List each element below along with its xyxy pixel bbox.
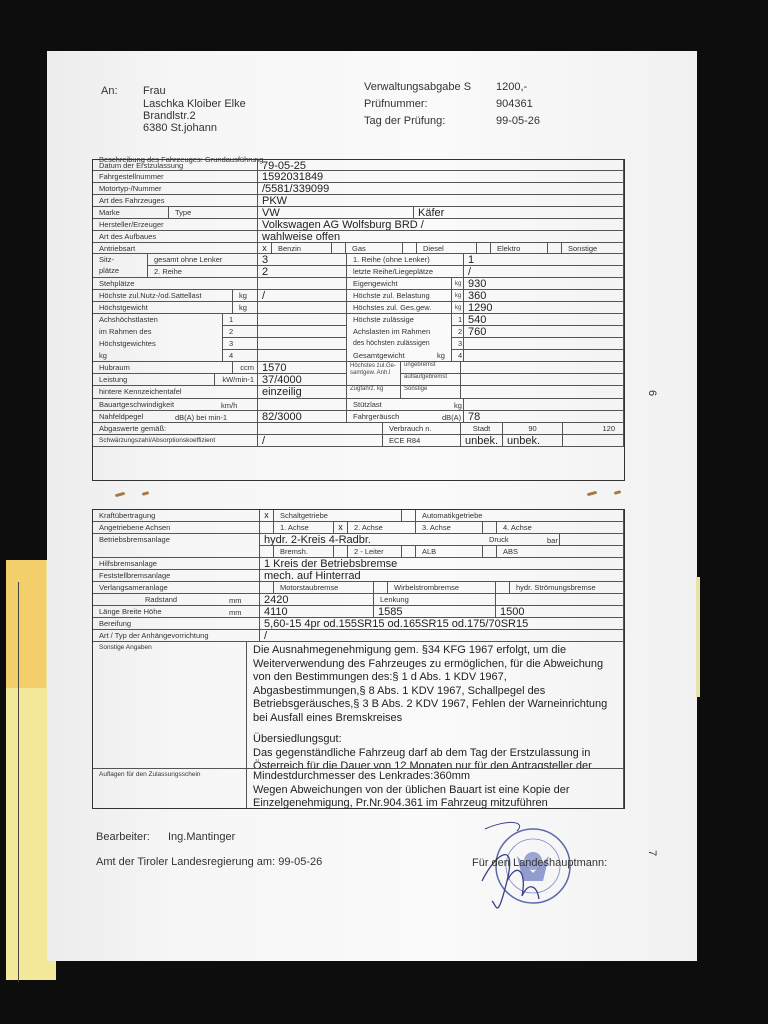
- label-consumption-standard: ECE R84: [383, 435, 461, 447]
- label-tires: Bereifung: [93, 618, 260, 630]
- axle-right-number-1: 1: [452, 314, 464, 326]
- axle-left-label-4: kg: [93, 350, 107, 361]
- recipient-line-4: 6380 St.johann: [143, 122, 217, 135]
- axle-right-value-3: [464, 338, 624, 350]
- label-unbraked: ungebremst: [401, 362, 461, 374]
- test-number-label: Prüfnummer:: [364, 98, 428, 111]
- value-service-brake: hydr. 2-Kreis 4-Radbr.: [260, 534, 483, 546]
- clerk-label: Bearbeiter:: [96, 831, 150, 844]
- value-hitch: /: [260, 630, 624, 642]
- test-date-label: Tag der Prüfung:: [364, 115, 445, 128]
- label-payload: Höchste zul.Nutz-/od.Sattellast: [93, 290, 233, 302]
- value-body-type: wahlweise offen: [258, 231, 624, 243]
- unit-design-speed: km/h: [215, 400, 237, 411]
- value-exhaust-values: [258, 423, 383, 435]
- axle-right-label-4: Gesamtgewicht: [347, 350, 405, 361]
- axle-left-number-1: 1: [223, 314, 258, 326]
- unit-gross-weight: kg: [452, 302, 464, 314]
- axle-left-value-4: [258, 350, 347, 362]
- label-seats-row2: 2. Reihe: [148, 266, 258, 278]
- axle-right-label-2: Achslasten im Rahmen: [347, 326, 430, 337]
- label-retarder: Verlangsameranlage: [93, 582, 260, 594]
- value-braked: [461, 374, 624, 386]
- value-seats-total: 3: [258, 254, 347, 266]
- value-nearfield-level: 82/3000: [258, 411, 347, 423]
- option-axle-1: 1. Achse: [274, 522, 334, 534]
- checkbox-hydro-retarder: [496, 582, 510, 594]
- axle-right-label-1: Höchste zulässige: [347, 314, 414, 325]
- label-license-plate: hintere Kennzeichentafel: [93, 386, 258, 399]
- value-last-row: /: [464, 266, 624, 278]
- label-seats-total: gesamt ohne Lenker: [148, 254, 258, 266]
- checkbox-elektro: [477, 243, 491, 254]
- value-seats-row2: 2: [258, 266, 347, 278]
- unit-driving-noise: dB(A): [436, 412, 461, 423]
- axle-right-value-2: 760: [464, 326, 624, 338]
- checkbox-diesel: [403, 243, 417, 254]
- vehicle-description-table: Datum der Erstzulassung 79-05-25 Fahrges…: [92, 159, 625, 481]
- office-date: Amt der Tiroler Landesregierung am: 99-0…: [96, 856, 322, 869]
- recipient-label: An:: [101, 85, 118, 98]
- condition-line-1: Mindestdurchmesser des Lenkrades:360mm: [247, 769, 623, 784]
- drivetrain-table: Kraftübertragung x Schaltgetriebe Automa…: [92, 509, 625, 809]
- option-gas: Gas: [346, 243, 403, 254]
- value-parking-brake: mech. auf Hinterrad: [260, 570, 624, 582]
- value-standing: [258, 278, 347, 290]
- staple-mark: [587, 491, 597, 496]
- label-chassis-number: Fahrgestellnummer: [93, 171, 258, 183]
- option-axle-2: 2. Achse: [348, 522, 416, 534]
- value-chassis-number: 1592031849: [258, 171, 624, 183]
- label-drive-type: Antriebsart: [93, 243, 258, 254]
- checkbox-axle-2: x: [334, 522, 348, 534]
- axle-left-number-4: 4: [223, 350, 258, 362]
- checkbox-bremsh: [260, 546, 274, 558]
- condition-line-2: Wegen Abweichungen von der üblichen Baua…: [247, 784, 623, 809]
- test-number-value: 904361: [496, 98, 533, 111]
- label-manufacturer: Hersteller/Erzeuger: [93, 219, 258, 231]
- label-parking-brake: Feststellbremsanlage: [93, 570, 260, 582]
- unit-power: kW/min-1: [193, 374, 258, 386]
- checkbox-manual: x: [260, 510, 274, 522]
- option-hydro-retarder: hydr. Strömungsbremse: [510, 582, 624, 594]
- value-driving-noise: 78: [464, 411, 624, 423]
- option-motor-retarder: Motorstaubremse: [274, 582, 374, 594]
- test-date-value: 99-05-26: [496, 115, 540, 128]
- label-type: Type: [169, 207, 258, 219]
- staple-mark: [115, 492, 125, 497]
- staple-mark: [142, 491, 150, 496]
- label-braked: auflaufgebremst: [401, 374, 461, 386]
- value-other-info: Die Ausnahmegenehmigung gem. §34 KFG 196…: [247, 642, 624, 769]
- seats-label-2: plätze: [99, 266, 119, 275]
- value-max-weight: [258, 302, 347, 314]
- label-other-info: Sonstige Angaben: [93, 642, 247, 769]
- page-number-7: 7: [646, 850, 658, 856]
- value-support-load: [464, 399, 624, 411]
- signatory-label: Für den Landeshauptmann:: [472, 857, 607, 870]
- other-info-relocation-title: Übersiedlungsgut:: [247, 727, 623, 747]
- label-make: Marke: [93, 207, 169, 219]
- label-last-row: letzte Reihe/Liegeplätze: [347, 266, 464, 278]
- value-length: 4110: [260, 606, 374, 618]
- unit-dimensions: mm: [223, 607, 242, 618]
- axle-right-labels: Höchste zulässige Achslasten im Rahmen d…: [347, 314, 452, 362]
- option-bremsh: Bremsh.: [274, 546, 334, 558]
- recipient-line-1: Frau: [143, 85, 166, 98]
- checkbox-automatic: [402, 510, 416, 522]
- value-type: Käfer: [414, 207, 624, 219]
- checkbox-abs: [483, 546, 497, 558]
- label-seats: Sitz-plätze: [93, 254, 148, 278]
- unit-wheelbase: mm: [223, 595, 242, 606]
- axle-right-number-3: 3: [452, 338, 464, 350]
- value-make: VW: [258, 207, 414, 219]
- value-own-weight: 930: [464, 278, 624, 290]
- axle-right-value-4: [464, 350, 624, 362]
- unit-max-weight: kg: [233, 302, 258, 314]
- option-sonstige: Sonstige: [562, 243, 624, 254]
- value-consumption-city: unbek.: [461, 435, 503, 447]
- label-driven-axles: Angetriebene Achsen: [93, 522, 260, 534]
- axle-right-value-1: 540: [464, 314, 624, 326]
- label-consumption: Verbrauch n.: [383, 423, 461, 435]
- label-displacement: Hubraum: [93, 362, 233, 374]
- value-tires: 5,60-15 4pr od.155SR15 od.165SR15 od.175…: [260, 618, 624, 630]
- label-first-registration: Datum der Erstzulassung: [93, 160, 258, 171]
- checkbox-gas: [332, 243, 346, 254]
- checkbox-2-leiter: [334, 546, 348, 558]
- axle-right-number-4: 4: [452, 350, 464, 362]
- axle-left-label-2: im Rahmen des: [93, 326, 152, 337]
- seats-label-1: Sitz-: [99, 255, 114, 264]
- label-max-weight: Höchstgewicht: [93, 302, 233, 314]
- unit-nearfield-level: dB(A) bei min-1: [169, 412, 227, 423]
- label-engine-type: Motortyp-/Nummer: [93, 183, 258, 195]
- label-vehicle-kind: Art des Fahrzeuges: [93, 195, 258, 207]
- axle-left-value-1: [258, 314, 347, 326]
- value-vehicle-kind: PKW: [258, 195, 624, 207]
- value-manufacturer: Volkswagen AG Wolfsburg BRD /: [258, 219, 624, 231]
- label-transmission: Kraftübertragung: [93, 510, 260, 522]
- page-number-6: 6: [646, 390, 658, 396]
- axle-left-label-3: Höchstgewichtes: [93, 338, 156, 349]
- staple-mark: [614, 490, 622, 495]
- checkbox-eddy-retarder: [374, 582, 388, 594]
- value-pressure: [560, 534, 624, 546]
- unit-payload: kg: [233, 290, 258, 302]
- value-max-load: 360: [464, 290, 624, 302]
- value-payload: /: [258, 290, 347, 302]
- value-power: 37/4000: [258, 374, 347, 386]
- option-elektro: Elektro: [491, 243, 548, 254]
- consumption-col-120: 120: [563, 423, 624, 435]
- unit-support-load: kg: [448, 400, 462, 411]
- consumption-col-city: Stadt: [461, 423, 503, 435]
- checkbox-axle-1: [260, 522, 274, 534]
- label-max-load: Höchste zul. Belastung: [347, 290, 452, 302]
- option-manual: Schaltgetriebe: [274, 510, 402, 522]
- value-steering: [496, 594, 624, 606]
- label-smoke-coefficient: Schwärzungszahl/Absorptionskoeffizient: [93, 435, 258, 447]
- label-gross-weight: Höchstes zul. Ges.gew.: [347, 302, 452, 314]
- label-own-weight: Eigengewicht: [347, 278, 452, 290]
- yellow-sheet-edge: [696, 577, 700, 697]
- option-diesel: Diesel: [417, 243, 477, 254]
- fee-label: Verwaltungsabgabe S: [364, 81, 471, 94]
- checkbox-motor-retarder: [260, 582, 274, 594]
- consumption-col-90: 90: [503, 423, 563, 435]
- value-seats-row1: 1: [464, 254, 624, 266]
- label-towing-vehicle: Zugfahrz. kg: [347, 386, 401, 399]
- label-hitch: Art / Typ der Anhängevorrichtung: [93, 630, 260, 642]
- unit-own-weight: kg: [452, 278, 464, 290]
- label-support-load: Stützlast: [347, 399, 464, 411]
- label-body-type: Art des Aufbaues: [93, 231, 258, 243]
- axle-left-value-3: [258, 338, 347, 350]
- other-info-paragraph-2: Das gegenständliche Fahrzeug darf ab dem…: [247, 747, 623, 770]
- label-other: Sonstige: [401, 386, 461, 399]
- vehicle-approval-document: An: Frau Laschka Kloiber Elke Brandlstr.…: [47, 51, 697, 961]
- unit-pressure: bar: [541, 535, 558, 546]
- value-gross-weight: 1290: [464, 302, 624, 314]
- unit-displacement: ccm: [215, 362, 258, 374]
- value-design-speed: [258, 399, 347, 411]
- checkbox-benzin: x: [258, 243, 272, 254]
- option-automatic: Automatikgetriebe: [416, 510, 624, 522]
- value-width: 1585: [374, 606, 496, 618]
- option-abs: ABS: [497, 546, 624, 558]
- axle-right-label-3: des höchsten zulässigen: [347, 338, 430, 349]
- option-axle-4: 4. Achse: [497, 522, 624, 534]
- option-2-leiter: 2 - Leiter: [348, 546, 402, 558]
- value-unbraked: [461, 362, 624, 374]
- value-first-registration: 79-05-25: [258, 160, 624, 171]
- other-info-paragraph-1: Die Ausnahmegenehmigung gem. §34 KFG 196…: [247, 642, 623, 727]
- value-consumption-90: unbek.: [503, 435, 563, 447]
- axle-left-value-2: [258, 326, 347, 338]
- checkbox-sonstige: [548, 243, 562, 254]
- value-height: 1500: [496, 606, 624, 618]
- option-benzin: Benzin: [272, 243, 332, 254]
- label-standing: Stehplätze: [93, 278, 258, 290]
- value-license-plate: einzeilig: [258, 386, 347, 399]
- label-seats-row1: 1. Reihe (ohne Lenker): [347, 254, 464, 266]
- checkbox-alb: [402, 546, 416, 558]
- value-smoke-coefficient: /: [258, 435, 383, 447]
- option-eddy-retarder: Wirbelstrombremse: [388, 582, 496, 594]
- axle-left-label-1: Achshöchstlasten: [93, 314, 158, 325]
- value-aux-brake: 1 Kreis der Betriebsbremse: [260, 558, 624, 570]
- value-consumption-120: [563, 435, 624, 447]
- checkbox-axle-4: [483, 522, 497, 534]
- axle-left-number-3: 3: [223, 338, 258, 350]
- label-exhaust-values: Abgaswerte gemäß:: [93, 423, 258, 435]
- label-trailer-weight: Höchstes zul.Ge-samtgew. Anh.l: [347, 362, 401, 386]
- label-steering: Lenkung: [374, 594, 496, 606]
- fee-value: 1200,-: [496, 81, 527, 94]
- option-alb: ALB: [416, 546, 483, 558]
- value-displacement: 1570: [258, 362, 347, 374]
- value-wheelbase: 2420: [260, 594, 374, 606]
- unit-max-load: kg: [452, 290, 464, 302]
- axle-left-labels: Achshöchstlasten im Rahmen des Höchstgew…: [93, 314, 223, 362]
- axle-left-number-2: 2: [223, 326, 258, 338]
- value-engine-type: /5581/339099: [258, 183, 624, 195]
- label-service-brake: Betriebsbremsanlage: [93, 534, 260, 558]
- axle-right-number-2: 2: [452, 326, 464, 338]
- value-registration-conditions: Mindestdurchmesser des Lenkrades:360mm W…: [247, 769, 624, 808]
- axle-right-unit: kg: [431, 350, 445, 361]
- value-other: [461, 386, 624, 399]
- clerk-name: Ing.Mantinger: [168, 831, 235, 844]
- label-registration-conditions: Auflagen für den Zulassungsschein: [93, 769, 247, 808]
- option-axle-3: 3. Achse: [416, 522, 483, 534]
- label-aux-brake: Hilfsbremsanlage: [93, 558, 260, 570]
